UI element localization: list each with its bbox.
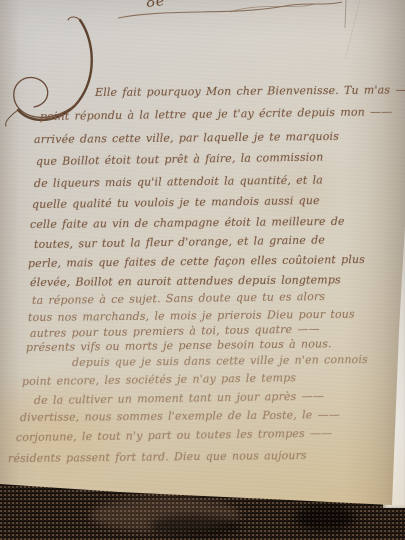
letter-page: 8e Elle fait pourquoy Mon cher Bienvenis… [0,0,405,540]
letter-photo: 8e Elle fait pourquoy Mon cher Bienvenis… [0,0,405,540]
handwriting-line: divertisse, nous sommes l'exemple de la … [20,408,340,424]
handwriting-line: élevée, Boillot en auroit attendues depu… [30,273,341,289]
fabric-dark-patch [295,505,355,531]
pen-stroke-flourish [110,0,350,30]
fabric-dark-patch [150,515,240,537]
handwriting-line: Elle fait pourquoy Mon cher Bienvenisse.… [95,83,405,99]
